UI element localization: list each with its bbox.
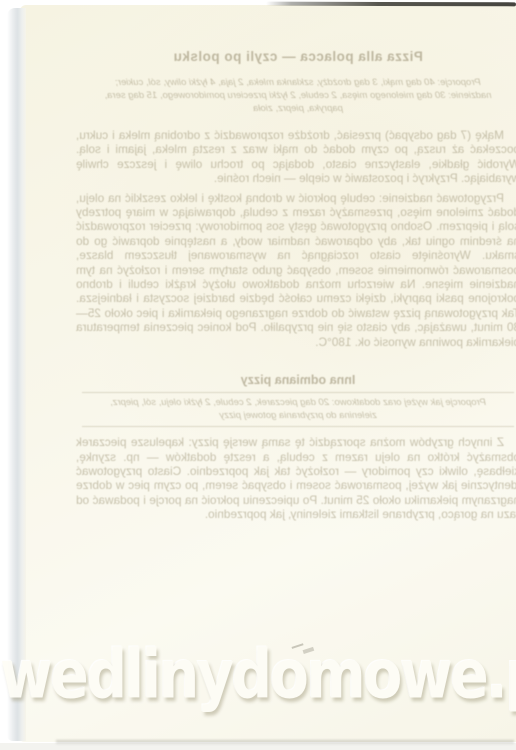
ingredients-block-bleed: Proporcje jak wyżej oraz dodatkowo: 20 d…: [102, 396, 494, 422]
paragraph-bleed: Z innych grzybów można sporządzić tę sam…: [76, 435, 516, 521]
section-heading-bleed: Inna odmiana pizzy: [76, 373, 516, 387]
book-page: Pizza alla polacca — czyli po polsku Pro…: [20, 5, 516, 742]
ingredients-block-bleed: Proporcje: 40 dag mąki, 3 dag drożdży, s…: [102, 76, 494, 115]
page-bottom-shadow: [56, 740, 514, 745]
site-watermark: wedlinydomowe.pl: [0, 636, 516, 714]
recipe-title-bleed: Pizza alla polacca — czyli po polsku: [76, 49, 516, 64]
bleedthrough-text-mirrored: Pizza alla polacca — czyli po polsku Pro…: [76, 41, 516, 522]
adjacent-page-edge-line: [266, 2, 516, 7]
ingredients-rule-top: [82, 392, 514, 393]
page-left-edge: [7, 8, 26, 741]
ingredients-rule-bottom: [82, 426, 514, 427]
paragraph-bleed: Przygotować nadzienie: cebulę pokroić w …: [76, 191, 516, 349]
paragraph-bleed: Mąkę (7 dag odsypać) przesiać, drożdże r…: [76, 128, 516, 186]
